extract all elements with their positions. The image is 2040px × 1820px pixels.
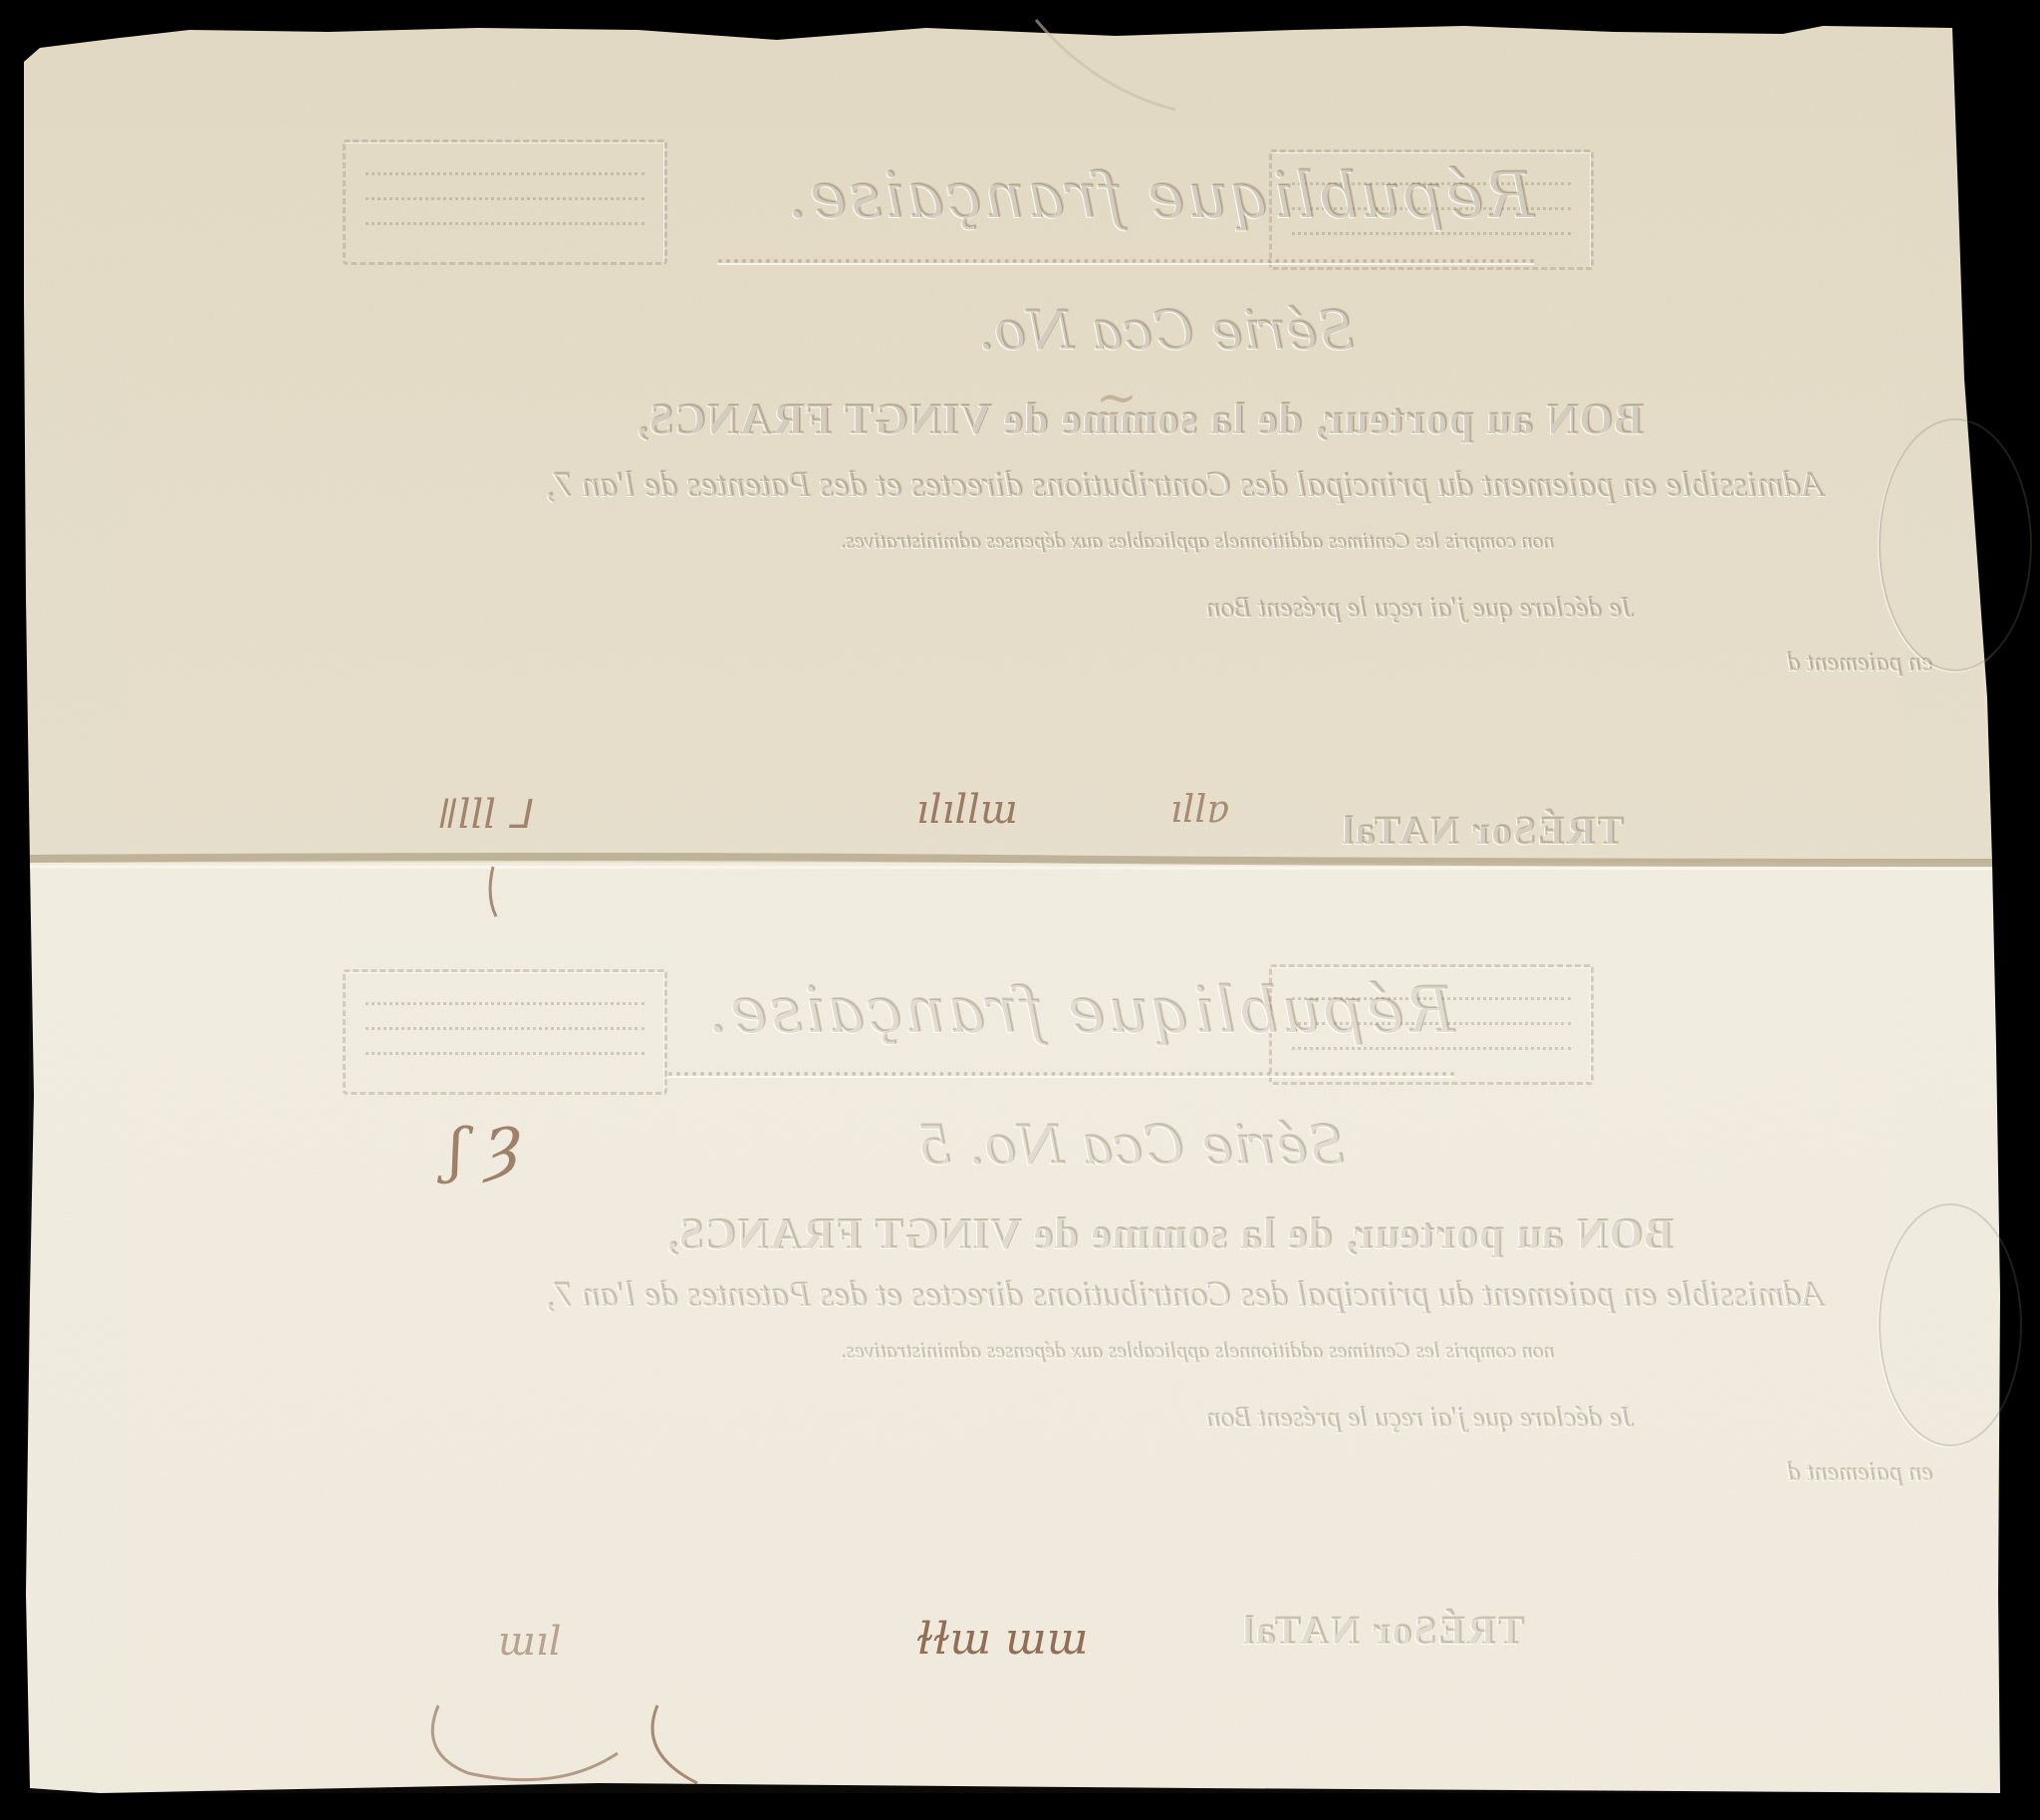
- declare-line: Je déclare que j'ai reçu le présent Bon: [1206, 593, 1634, 625]
- admissible-line: Admissible en paiement du principal des …: [546, 1273, 1823, 1315]
- bond-top: République française. Série Cca No. BON …: [60, 40, 1972, 857]
- serie-line: Série Cca No. 5: [916, 1114, 1345, 1176]
- denomination-box-left: [343, 139, 667, 265]
- tresor-stamp: TRÉSor NATal: [1341, 807, 1624, 854]
- paiement-line: en paiement d: [1787, 1457, 1932, 1487]
- bon-line: BON au porteur, de la somme de VINGT FRA…: [666, 1208, 1673, 1259]
- small-print-line: non compris les Centimes additionnels ap…: [840, 528, 1554, 554]
- declare-line: Je déclare que j'ai reçu le présent Bon: [1206, 1403, 1634, 1434]
- embossed-seal: [1879, 418, 2032, 671]
- ink-signature-top-1: ǁlll ⅃: [438, 792, 531, 838]
- serie-line: Série Cca No.: [978, 299, 1355, 362]
- ink-signature-bottom-1: ɫɫɯ ɯɯ: [916, 1614, 1089, 1665]
- embossed-seal: [1879, 1203, 2022, 1446]
- denomination-box-left: [343, 969, 667, 1095]
- admissible-line: Admissible en paiement du principal des …: [546, 463, 1823, 505]
- title-rule: [667, 1072, 1454, 1076]
- ink-serie-number: ʃ Ȝ: [448, 1116, 521, 1185]
- tresor-stamp: TRÉSor NATal: [1241, 1607, 1524, 1654]
- small-print-line: non compris les Centimes additionnels ap…: [840, 1338, 1554, 1364]
- ink-mark-serie-top: ~: [1096, 369, 1138, 426]
- title-rule: [717, 259, 1534, 263]
- bond-title: République française.: [705, 974, 1454, 1048]
- paiement-line: en paiement d: [1787, 648, 1932, 677]
- ink-signature-top-3: ıllɐ: [1170, 787, 1229, 831]
- bon-line: BON au porteur, de la somme de VINGT FRA…: [637, 393, 1644, 444]
- bond-title: République française.: [785, 159, 1534, 233]
- ink-signature-bottom-2: ɯıl: [498, 1619, 562, 1665]
- ink-signature-top-2: ılıllɯ: [916, 787, 1018, 833]
